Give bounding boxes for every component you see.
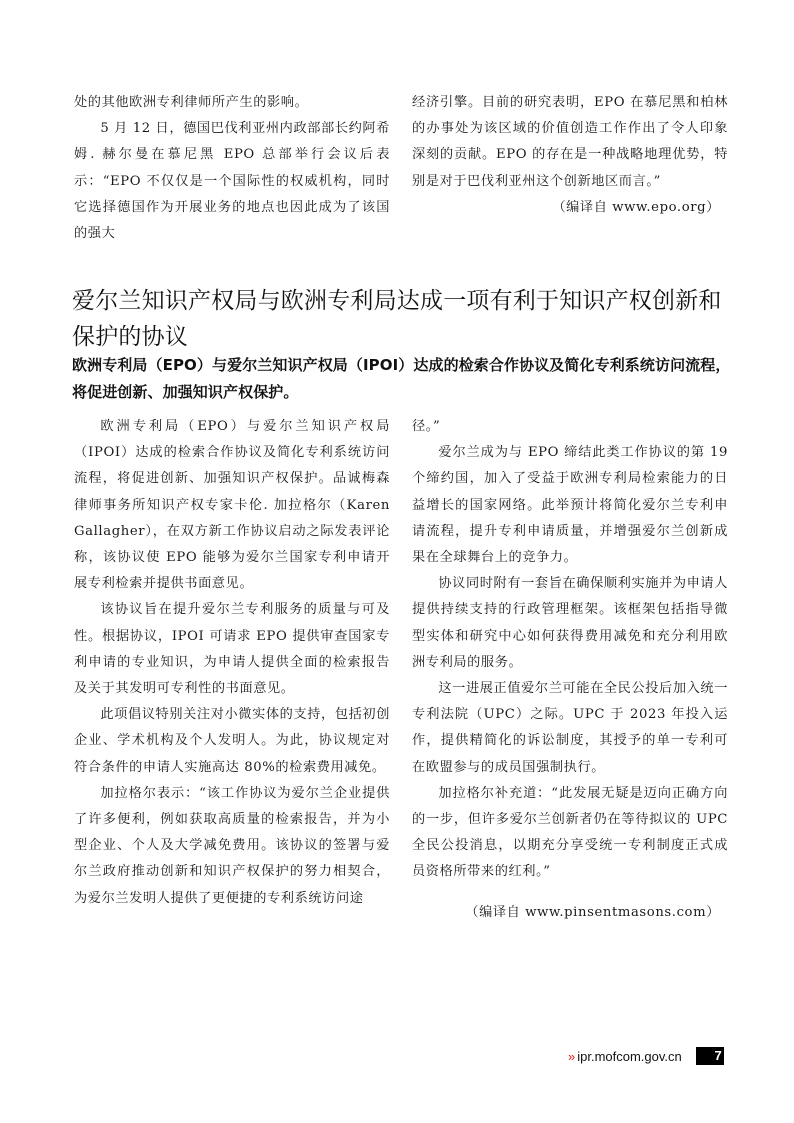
top-left-column: 处的其他欧洲专利律师所产生的影响。 5 月 12 日，德国巴伐利亚州内政部部长约… [74, 90, 390, 247]
paragraph: 爱尔兰成为与 EPO 缔结此类工作协议的第 19 个缔约国，加入了受益于欧洲专利… [412, 440, 728, 571]
paragraph: 这一进展正值爱尔兰可能在全民公投后加入统一专利法院（UPC）之际。UPC 于 2… [412, 676, 728, 781]
top-right-column: 经济引擎。目前的研究表明，EPO 在慕尼黑和柏林的办事处为该区域的价值创造工作作… [412, 90, 728, 221]
double-chevron-right-icon: » [568, 1049, 573, 1064]
paragraph: 该协议旨在提升爱尔兰专利服务的质量与可及性。根据协议，IPOI 可请求 EPO … [74, 597, 390, 702]
paragraph: 加拉格尔表示：“该工作协议为爱尔兰企业提供了许多便利，例如获取高质量的检索报告，… [74, 781, 390, 912]
paragraph: 此项倡议特别关注对小微实体的支持，包括初创企业、学术机构及个人发明人。为此，协议… [74, 702, 390, 781]
paragraph: 经济引擎。目前的研究表明，EPO 在慕尼黑和柏林的办事处为该区域的价值创造工作作… [412, 90, 728, 195]
article-right-column: 径。” 爱尔兰成为与 EPO 缔结此类工作协议的第 19 个缔约国，加入了受益于… [412, 414, 728, 926]
paragraph: 加拉格尔补充道：“此发展无疑是迈向正确方向的一步，但许多爱尔兰创新者仍在等待拟议… [412, 781, 728, 886]
article-left-column: 欧洲专利局（EPO）与爱尔兰知识产权局（IPOI）达成的检索合作协议及简化专利系… [74, 414, 390, 912]
page-number: 7 [696, 1047, 724, 1065]
spacer [412, 886, 728, 900]
footer-website[interactable]: ipr.mofcom.gov.cn [577, 1049, 682, 1064]
page-footer: » ipr.mofcom.gov.cn 7 [568, 1047, 724, 1065]
article-headline: 爱尔兰知识产权局与欧洲专利局达成一项有利于知识产权创新和保护的协议 [72, 283, 732, 355]
paragraph: 5 月 12 日，德国巴伐利亚州内政部部长约阿希姆. 赫尔曼在慕尼黑 EPO 总… [74, 116, 390, 247]
paragraph: 欧洲专利局（EPO）与爱尔兰知识产权局（IPOI）达成的检索合作协议及简化专利系… [74, 414, 390, 597]
paragraph: 协议同时附有一套旨在确保顺利实施并为申请人提供持续支持的行政管理框架。该框架包括… [412, 571, 728, 676]
paragraph: 径。” [412, 414, 728, 440]
paragraph: 处的其他欧洲专利律师所产生的影响。 [74, 90, 390, 116]
source-credit: （编译自 www.pinsentmasons.com） [412, 900, 728, 926]
article-subheadline: 欧洲专利局（EPO）与爱尔兰知识产权局（IPOI）达成的检索合作协议及简化专利系… [72, 352, 732, 406]
source-credit: （编译自 www.epo.org） [412, 195, 728, 221]
